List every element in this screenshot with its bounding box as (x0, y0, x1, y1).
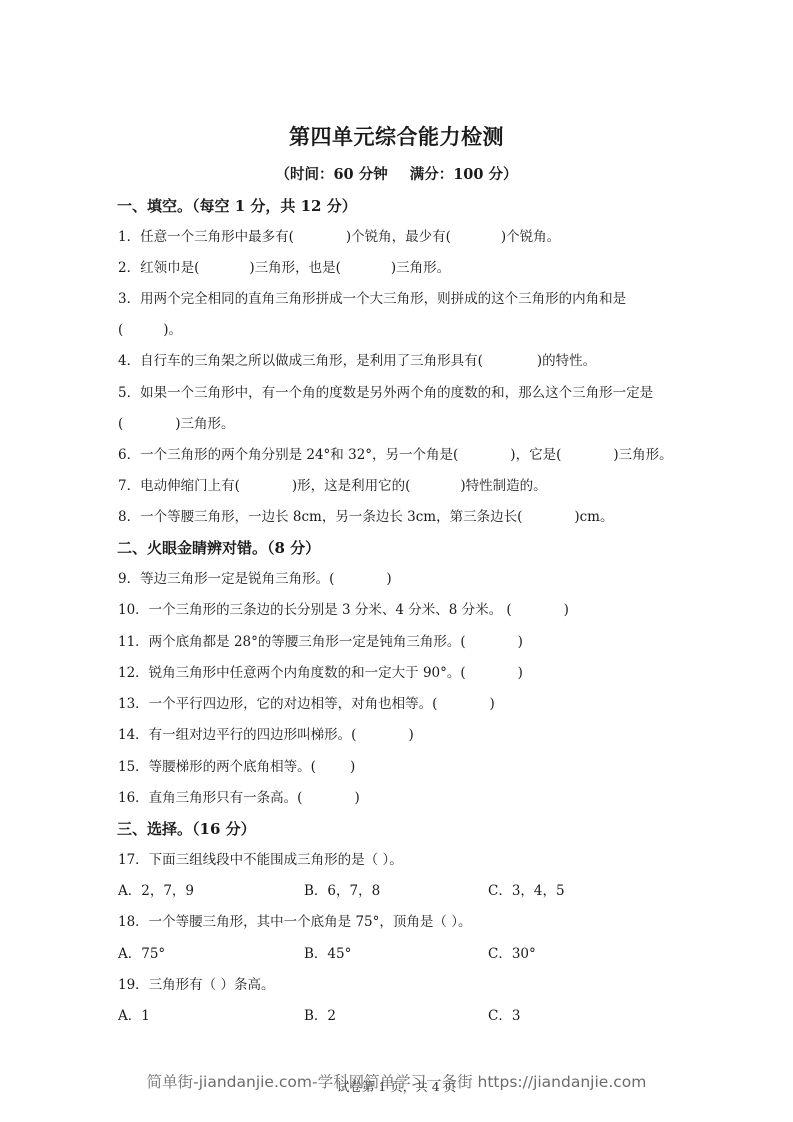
option-c[interactable]: C．30° (488, 945, 536, 963)
exam-page: 第四单元综合能力检测 （时间：60 分钟满分：100 分） 一、填空。（每空 1… (0, 0, 793, 1122)
exam-full-score: 满分：100 分） (410, 166, 518, 183)
question-12: 12．锐角三角形中任意两个内角度数的和一定大于 90°。() (118, 664, 523, 682)
question-16: 16．直角三角形只有一条高。() (118, 789, 360, 807)
question-2: 2．红领巾是()三角形，也是()三角形。 (118, 259, 450, 277)
question-11: 11．两个底角都是 28°的等腰三角形一定是钝角三角形。() (118, 633, 523, 651)
option-b[interactable]: B．2 (304, 1007, 336, 1025)
option-a[interactable]: A．75° (118, 945, 165, 963)
question-8: 8．一个等腰三角形，一边长 8cm，另一条边长 3cm，第三条边长()cm。 (118, 508, 613, 526)
question-6: 6．一个三角形的两个角分别是 24°和 32°，另一个角是()，它是()三角形。 (118, 446, 673, 464)
option-b[interactable]: B．45° (304, 945, 351, 963)
question-5-continued: ()三角形。 (118, 415, 235, 433)
question-3: 3．用两个完全相同的直角三角形拼成一个大三角形，则拼成的这个三角形的内角和是 (118, 290, 626, 308)
question-14: 14．有一组对边平行的四边形叫梯形。() (118, 726, 414, 744)
option-b[interactable]: B．6，7，8 (304, 882, 380, 900)
section-heading-fill-blank: 一、填空。（每空 1 分，共 12 分） (117, 197, 357, 215)
question-15: 15．等腰梯形的两个底角相等。() (118, 758, 355, 776)
option-a[interactable]: A．2，7，9 (118, 882, 194, 900)
question-17: 17．下面三组线段中不能围成三角形的是（ ）。 (118, 851, 403, 869)
page-title: 第四单元综合能力检测 (0, 121, 793, 151)
exam-time: （时间：60 分钟 (275, 166, 387, 183)
section-heading-true-false: 二、火眼金睛辨对错。（8 分） (117, 539, 320, 557)
question-13: 13．一个平行四边形，它的对边相等，对角也相等。() (118, 695, 495, 713)
question-5: 5．如果一个三角形中，有一个角的度数是另外两个角的度数的和，那么这个三角形一定是 (118, 384, 653, 402)
option-a[interactable]: A．1 (118, 1007, 150, 1025)
question-10: 10．一个三角形的三条边的长分别是 3 分米、4 分米、8 分米。 () (118, 601, 569, 619)
question-3-continued: ()。 (118, 321, 182, 339)
exam-info: （时间：60 分钟满分：100 分） (0, 163, 793, 184)
question-4: 4．自行车的三角架之所以做成三角形，是利用了三角形具有()的特性。 (118, 352, 596, 370)
question-7: 7．电动伸缩门上有()形，这是利用它的()特性制造的。 (118, 477, 547, 495)
question-9: 9．等边三角形一定是锐角三角形。() (118, 570, 392, 588)
question-18: 18．一个等腰三角形，其中一个底角是 75°，顶角是（ ）。 (118, 913, 471, 931)
question-19: 19．三角形有（ ）条高。 (118, 976, 274, 994)
question-1: 1．任意一个三角形中最多有()个锐角，最少有()个锐角。 (118, 228, 560, 246)
watermark-text: 简单街-jiandanjie.com-学科网简单学习一条街 https://ji… (0, 1070, 793, 1092)
section-heading-multiple-choice: 三、选择。（16 分） (117, 820, 256, 838)
option-c[interactable]: C．3，4，5 (488, 882, 565, 900)
option-c[interactable]: C．3 (488, 1007, 520, 1025)
